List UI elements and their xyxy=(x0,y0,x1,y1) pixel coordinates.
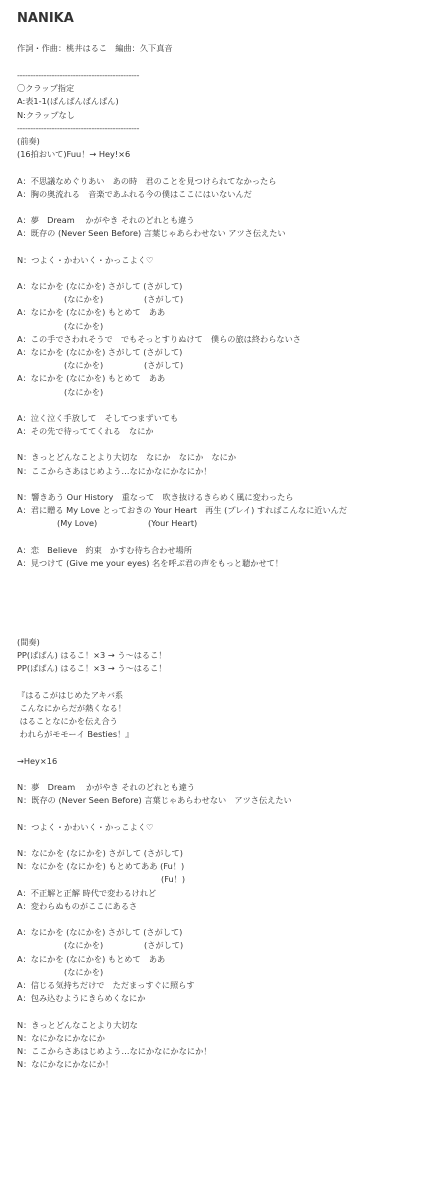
blank-line xyxy=(17,768,417,781)
lyric-line: N：なにかを (なにかを) さがして (さがして) xyxy=(17,847,417,860)
lyric-line: A：信じる気持ちだけで ただまっすぐに照らす xyxy=(17,979,417,992)
backing-vocal-text: (さがして) xyxy=(144,293,183,306)
backing-vocal-text: (なにかを) xyxy=(64,386,103,399)
blank-line xyxy=(17,597,417,610)
lyric-line: N：なにかを (なにかを) もとめてああ (Fu！) xyxy=(17,860,417,873)
lyric-line: A：君に贈る My Love とっておきの Your Heart 再生 (プレイ… xyxy=(17,504,417,517)
lyric-backing-line: (なにかを)(さがして) xyxy=(17,359,417,372)
blank-line xyxy=(17,834,417,847)
lyric-backing-line: (なにかを)(さがして) xyxy=(17,939,417,952)
backing-vocal-text: (Fu！) xyxy=(161,873,185,886)
lyrics-body: ----------------------------------------… xyxy=(17,69,417,1071)
lyric-line: A：なにかを (なにかを) もとめて ああ xyxy=(17,953,417,966)
lyric-line: N：夢 Dream かがやき それのどれとも違う xyxy=(17,781,417,794)
backing-vocal-text: (さがして) xyxy=(144,939,183,952)
lyric-line: A：既存の (Never Seen Before) 言葉じゃあらわせない アツさ… xyxy=(17,227,417,240)
backing-vocal-text: (さがして) xyxy=(144,359,183,372)
lyric-line: N：なにかなにかなにか xyxy=(17,1032,417,1045)
lyric-line: A：その先で待っててくれる なにか xyxy=(17,425,417,438)
lyric-line: A：この手でさわれそうで でもそっとすりぬけて 僕らの旅は終わらないさ xyxy=(17,333,417,346)
blank-line xyxy=(17,570,417,583)
lyric-line: A：見つけて (Give me your eyes) 名を呼ぶ君の声をもっと聴か… xyxy=(17,557,417,570)
lyric-backing-line: (Fu！) xyxy=(17,873,417,886)
lyric-line: A：不思議なめぐりあい あの時 君のことを見つけられてなかったら xyxy=(17,175,417,188)
blank-line xyxy=(17,913,417,926)
backing-vocal-text: (なにかを) xyxy=(64,359,103,372)
lyric-line: A：変わらぬものがここにあるさ xyxy=(17,900,417,913)
lyric-line: A：不正解と正解 時代で変わるけれど xyxy=(17,887,417,900)
lyric-line: はることなにかを伝え合う xyxy=(17,715,417,728)
blank-line xyxy=(17,161,417,174)
lyric-line: (16拍おいて)Fuu！→ Hey!×6 xyxy=(17,148,417,161)
lyric-line: A：なにかを (なにかを) さがして (さがして) xyxy=(17,346,417,359)
lyric-line: A：なにかを (なにかを) もとめて ああ xyxy=(17,306,417,319)
lyric-backing-line: (なにかを) xyxy=(17,320,417,333)
blank-line xyxy=(17,399,417,412)
backing-vocal-text: (Your Heart) xyxy=(148,517,197,530)
lyric-line: N：つよく・かわいく・かっこよく♡ xyxy=(17,821,417,834)
lyric-line: N：きっとどんなことより大切な xyxy=(17,1019,417,1032)
backing-vocal-text: (なにかを) xyxy=(64,293,103,306)
lyric-backing-line: (なにかを) xyxy=(17,386,417,399)
lyric-line: A：泣く泣く手放して そしてつまずいても xyxy=(17,412,417,425)
lyric-line: A：胸の奥流れる 音楽であふれる今の僕はここにはいないんだ xyxy=(17,188,417,201)
song-credits: 作詞・作曲：桃井はるこ 編曲：久下真音 xyxy=(17,42,173,55)
lyric-line: 『はるこがはじめたアキバ系 xyxy=(17,689,417,702)
lyric-line: PP(ぱぱん) はるこ！×3 → う〜はるこ！ xyxy=(17,649,417,662)
lyric-line: A:表1-1(ぱんぱんぱんぱん) xyxy=(17,95,417,108)
song-title: NANIKA xyxy=(17,11,74,27)
lyric-line: (間奏) xyxy=(17,636,417,649)
blank-line xyxy=(17,478,417,491)
lyric-line: 〇クラップ指定 xyxy=(17,82,417,95)
lyric-line: N：ここからさあはじめよう…なにかなにかなにか！ xyxy=(17,1045,417,1058)
lyric-line: N：なにかなにかなにか！ xyxy=(17,1058,417,1071)
lyric-line: A：夢 Dream かがやき それのどれとも違う xyxy=(17,214,417,227)
backing-vocal-text: (なにかを) xyxy=(64,320,103,333)
lyric-line: A：なにかを (なにかを) さがして (さがして) xyxy=(17,926,417,939)
lyric-line: N：ここからさあはじめよう…なにかなにかなにか！ xyxy=(17,465,417,478)
lyric-backing-line: (なにかを)(さがして) xyxy=(17,293,417,306)
blank-line xyxy=(17,583,417,596)
lyric-line: こんなにからだが熱くなる！ xyxy=(17,702,417,715)
backing-vocal-text: (なにかを) xyxy=(64,939,103,952)
blank-line xyxy=(17,808,417,821)
lyric-line: N:クラップなし xyxy=(17,109,417,122)
lyric-line: N：つよく・かわいく・かっこよく♡ xyxy=(17,254,417,267)
lyric-line: →Hey×16 xyxy=(17,755,417,768)
lyric-backing-line: (なにかを) xyxy=(17,966,417,979)
lyric-line: われらがモモーイ Besties！』 xyxy=(17,728,417,741)
blank-line xyxy=(17,676,417,689)
blank-line xyxy=(17,531,417,544)
lyric-line: A：なにかを (なにかを) もとめて ああ xyxy=(17,372,417,385)
divider-line: ----------------------------------------… xyxy=(17,122,417,135)
blank-line xyxy=(17,623,417,636)
lyric-backing-line: (My Love)(Your Heart) xyxy=(17,517,417,530)
lyric-line: (前奏) xyxy=(17,135,417,148)
lyric-line: A：恋 Believe 約束 かすむ待ち合わせ場所 xyxy=(17,544,417,557)
blank-line xyxy=(17,240,417,253)
blank-line xyxy=(17,267,417,280)
lyric-line: A：包み込むようにきらめくなにか xyxy=(17,992,417,1005)
lyric-line: N：響きあう Our History 重なって 吹き抜けるきらめく風に変わったら xyxy=(17,491,417,504)
lyric-line: N：きっとどんなことより大切な なにか なにか なにか xyxy=(17,451,417,464)
lyric-line: PP(ぱぱん) はるこ！×3 → う〜はるこ！ xyxy=(17,662,417,675)
divider-line: ----------------------------------------… xyxy=(17,69,417,82)
blank-line xyxy=(17,742,417,755)
lyric-line: A：なにかを (なにかを) さがして (さがして) xyxy=(17,280,417,293)
blank-line xyxy=(17,201,417,214)
blank-line xyxy=(17,1005,417,1018)
lyric-line: N：既存の (Never Seen Before) 言葉じゃあらわせない アツさ… xyxy=(17,794,417,807)
blank-line xyxy=(17,610,417,623)
blank-line xyxy=(17,438,417,451)
backing-vocal-text: (My Love) xyxy=(57,517,97,530)
backing-vocal-text: (なにかを) xyxy=(64,966,103,979)
